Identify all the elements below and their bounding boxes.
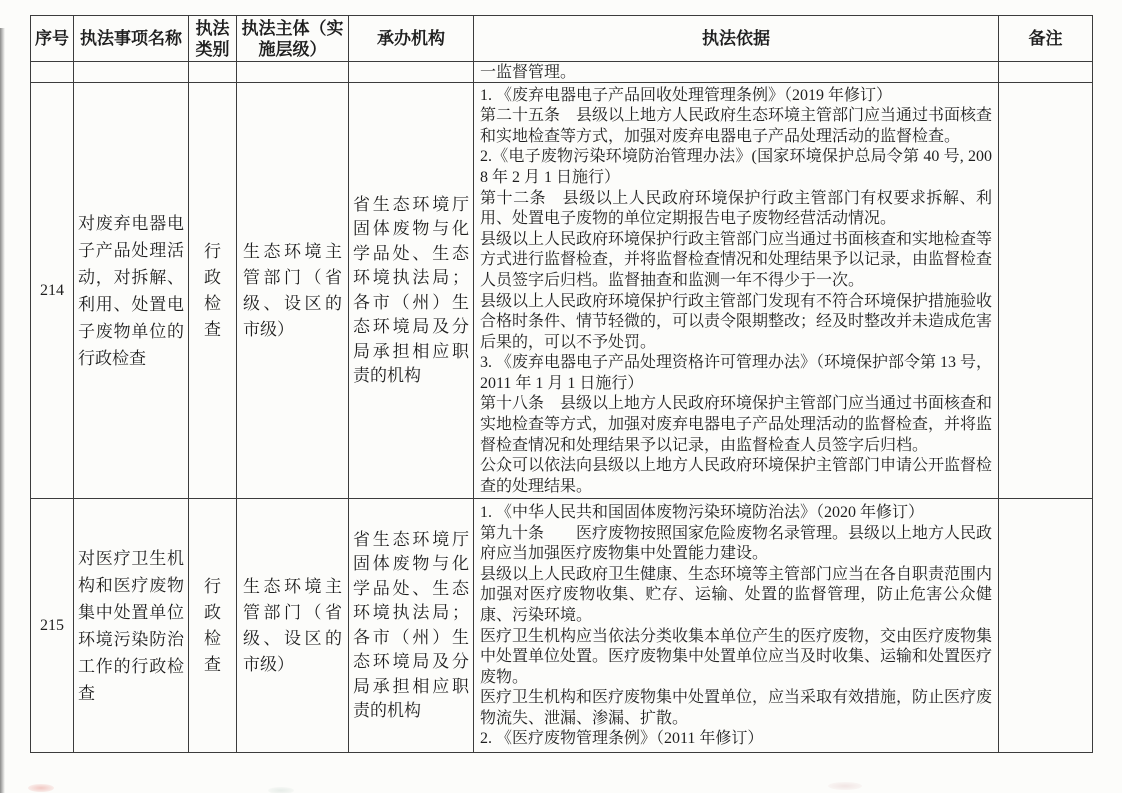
row-215-agency: 省生态环境厅固体废物与化学品处、生态环境执法局；各市（州）生态环境局及分局承担相… (349, 499, 474, 753)
row-214-note (999, 83, 1093, 499)
row-214-category: 行政检查 (189, 83, 237, 499)
row-215-note (999, 499, 1093, 753)
carryover-basis-text: 一监督管理。 (474, 62, 999, 83)
header-basis: 执法依据 (474, 16, 999, 62)
carryover-note (999, 62, 1093, 83)
table-row-214: 214 对废弃电器电子产品处理活动，对拆解、利用、处置电子废物单位的行政检查 行… (31, 83, 1093, 499)
enforcement-items-table: 序号 执法事项名称 执法类别 执法主体（实施层级） 承办机构 执法依据 备注 一… (30, 15, 1093, 753)
header-no: 序号 (31, 16, 74, 62)
row-214-name: 对废弃电器电子产品处理活动，对拆解、利用、处置电子废物单位的行政检查 (74, 83, 189, 499)
header-name: 执法事项名称 (74, 16, 189, 62)
row-215-no: 215 (31, 499, 74, 753)
header-note: 备注 (999, 16, 1093, 62)
scan-edge-shadow (0, 28, 5, 793)
table-header-row: 序号 执法事项名称 执法类别 执法主体（实施层级） 承办机构 执法依据 备注 (31, 16, 1093, 62)
row-215-category: 行政检查 (189, 499, 237, 753)
row-214-basis: 1. 《废弃电器电子产品回收处理管理条例》（2019 年修订） 第二十五条 县级… (474, 83, 999, 499)
carryover-no (31, 62, 74, 83)
header-agency: 承办机构 (349, 16, 474, 62)
row-214-subject: 生态环境主管部门（省级、设区的市级） (237, 83, 349, 499)
carryover-name (74, 62, 189, 83)
scan-smudge-right (828, 782, 862, 790)
row-215-basis: 1. 《中华人民共和国固体废物污染环境防治法》（2020 年修订） 第九十条 医… (474, 499, 999, 753)
carryover-subject (237, 62, 349, 83)
row-214-no: 214 (31, 83, 74, 499)
carryover-cat (189, 62, 237, 83)
table-row-215: 215 对医疗卫生机构和医疗废物集中处置单位环境污染防治工作的行政检查 行政检查… (31, 499, 1093, 753)
scan-smudge-faint (268, 787, 294, 793)
scan-smudge-pink (28, 784, 54, 792)
carryover-row: 一监督管理。 (31, 62, 1093, 83)
row-215-subject: 生态环境主管部门（省级、设区的市级） (237, 499, 349, 753)
header-category: 执法类别 (189, 16, 237, 62)
row-214-agency: 省生态环境厅固体废物与化学品处、生态环境执法局；各市（州）生态环境局及分局承担相… (349, 83, 474, 499)
header-subject: 执法主体（实施层级） (237, 16, 349, 62)
carryover-agency (349, 62, 474, 83)
row-215-name: 对医疗卫生机构和医疗废物集中处置单位环境污染防治工作的行政检查 (74, 499, 189, 753)
